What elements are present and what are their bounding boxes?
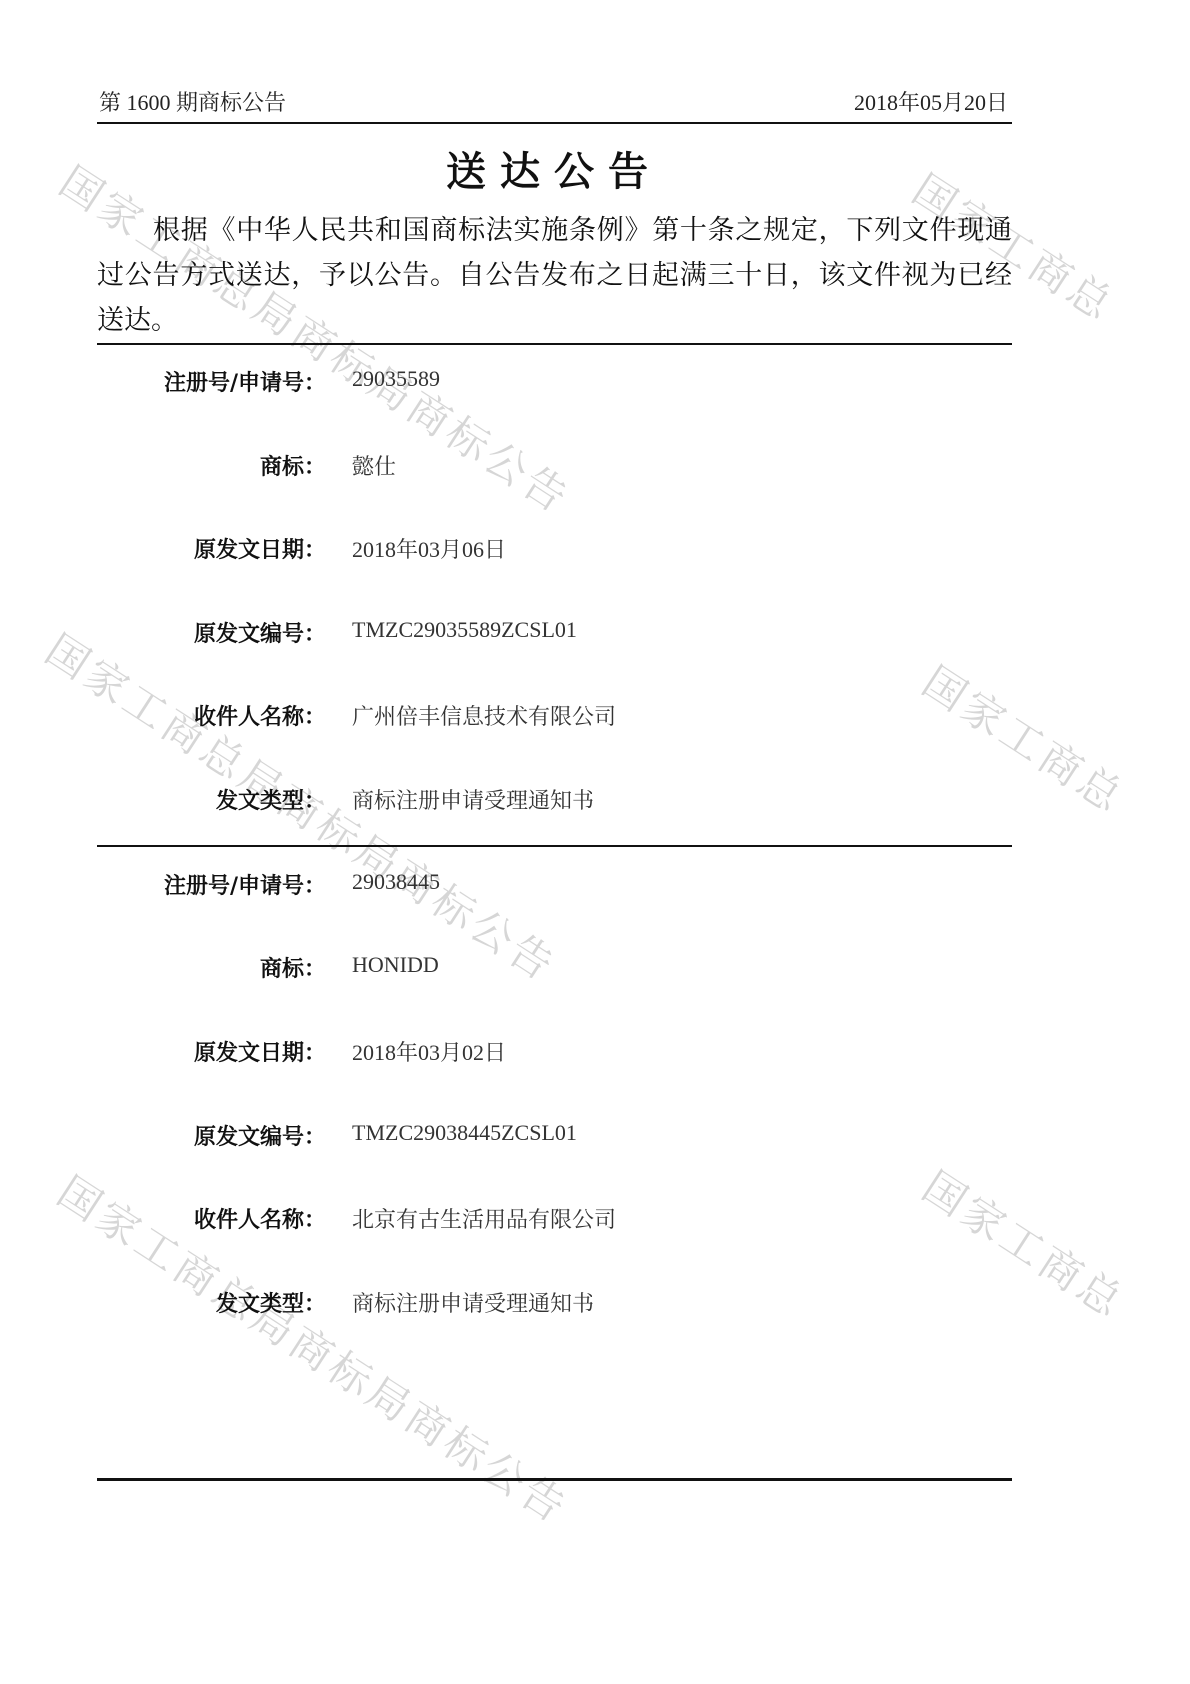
issue-date: 2018年05月20日 — [854, 86, 1008, 117]
orig-no-label: 原发文编号： — [194, 1120, 326, 1151]
section-divider — [97, 343, 1012, 345]
reg-no-label: 注册号/申请号： — [164, 366, 326, 397]
header-rule — [97, 122, 1012, 124]
field-recipient: 收件人名称： 北京有古生活用品有限公司 — [0, 1203, 1108, 1243]
trademark-label: 商标： — [260, 450, 326, 481]
record-divider — [97, 845, 1012, 847]
recipient-value: 广州倍丰信息技术有限公司 — [352, 700, 616, 731]
orig-no-value: TMZC29035589ZCSL01 — [352, 617, 577, 643]
orig-date-label: 原发文日期： — [194, 533, 326, 564]
reg-no-label: 注册号/申请号： — [164, 869, 326, 900]
reg-no-value: 29035589 — [352, 366, 440, 392]
footer-rule — [97, 1478, 1012, 1481]
field-recipient: 收件人名称： 广州倍丰信息技术有限公司 — [0, 700, 1108, 740]
doc-type-value: 商标注册申请受理通知书 — [352, 1287, 594, 1318]
orig-date-value: 2018年03月02日 — [352, 1036, 506, 1067]
doc-type-label: 发文类型： — [216, 784, 326, 815]
field-trademark: 商标： 懿仕 — [0, 450, 1108, 490]
doc-type-value: 商标注册申请受理通知书 — [352, 784, 594, 815]
orig-no-label: 原发文编号： — [194, 617, 326, 648]
issue-number: 第 1600 期商标公告 — [99, 86, 286, 117]
field-doc-type: 发文类型： 商标注册申请受理通知书 — [0, 784, 1108, 824]
page-title: 送达公告 — [0, 140, 1108, 197]
doc-type-label: 发文类型： — [216, 1287, 326, 1318]
trademark-value: HONIDD — [352, 952, 439, 978]
announcement-page: 国家工商总局商标局商标公告 国家工商总局商标局商标公告 国家工商总局商标局商标公… — [0, 0, 1190, 1684]
field-orig-date: 原发文日期： 2018年03月06日 — [0, 533, 1108, 573]
orig-date-value: 2018年03月06日 — [352, 533, 506, 564]
intro-paragraph: 根据《中华人民共和国商标法实施条例》第十条之规定，下列文件现通过公告方式送达，予… — [97, 208, 1012, 343]
field-orig-no: 原发文编号： TMZC29038445ZCSL01 — [0, 1120, 1108, 1160]
recipient-value: 北京有古生活用品有限公司 — [352, 1203, 616, 1234]
trademark-label: 商标： — [260, 952, 326, 983]
field-reg-no: 注册号/申请号： 29038445 — [0, 869, 1108, 909]
reg-no-value: 29038445 — [352, 869, 440, 895]
field-orig-date: 原发文日期： 2018年03月02日 — [0, 1036, 1108, 1076]
orig-date-label: 原发文日期： — [194, 1036, 326, 1067]
field-trademark: 商标： HONIDD — [0, 952, 1108, 992]
recipient-label: 收件人名称： — [194, 700, 326, 731]
trademark-value: 懿仕 — [352, 450, 396, 481]
orig-no-value: TMZC29038445ZCSL01 — [352, 1120, 577, 1146]
field-orig-no: 原发文编号： TMZC29035589ZCSL01 — [0, 617, 1108, 657]
recipient-label: 收件人名称： — [194, 1203, 326, 1234]
field-doc-type: 发文类型： 商标注册申请受理通知书 — [0, 1287, 1108, 1327]
field-reg-no: 注册号/申请号： 29035589 — [0, 366, 1108, 406]
